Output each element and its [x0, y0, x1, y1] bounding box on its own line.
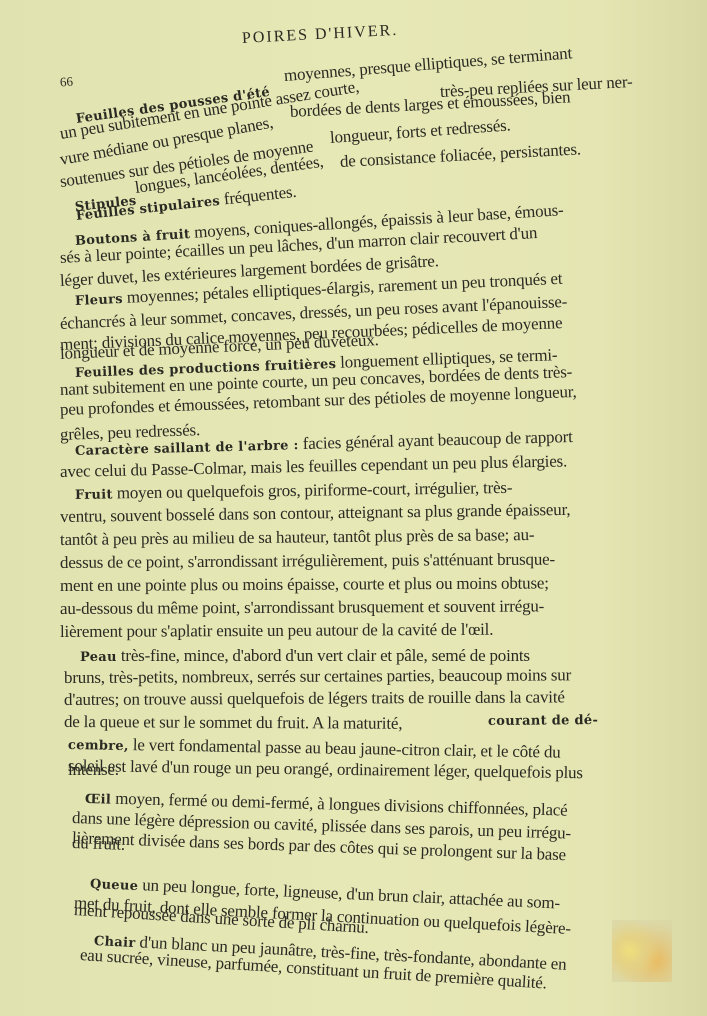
line-text: moyen ou quelquefois gros, piriforme-cou…	[117, 478, 513, 503]
text-line: ment en une pointe plus ou moins épaisse…	[60, 573, 549, 596]
book-page: POIRES D'HIVER. 66 moyennes, presque ell…	[0, 0, 707, 1016]
line-text: au-dessous du même point, s'arrondissant…	[60, 596, 544, 618]
text-line: courant de dé-	[488, 709, 598, 732]
bold-term: cembre,	[68, 738, 129, 754]
text-line: lièrement pour s'aplatir ensuite un peu …	[60, 620, 493, 642]
line-text: dessus de ce point, s'arrondissant irrég…	[60, 550, 555, 572]
bold-term: Fruit	[75, 487, 113, 503]
bold-term: Fleurs	[75, 292, 123, 309]
bold-term: Peau	[80, 650, 117, 665]
text-line: au-dessous du même point, s'arrondissant…	[60, 596, 544, 619]
line-text: du fruit.	[72, 833, 126, 854]
bold-term: Caractère saillant de l'arbre :	[75, 438, 299, 459]
line-text: intense.	[68, 760, 119, 779]
text-line: bruns, très-petits, nombreux, serrés sur…	[64, 665, 571, 688]
bold-term: Queue	[90, 877, 139, 894]
line-text: d'autres; on trouve aussi quelquefois de…	[64, 687, 565, 709]
text-line: d'autres; on trouve aussi quelquefois de…	[64, 687, 565, 710]
line-text: ment en une pointe plus ou moins épaisse…	[60, 573, 549, 595]
text-line: dessus de ce point, s'arrondissant irrég…	[60, 550, 555, 573]
line-text: bruns, très-petits, nombreux, serrés sur…	[64, 665, 571, 687]
text-line: tantôt à peu près au milieu de sa hauteu…	[60, 525, 535, 550]
line-text: facies général ayant beaucoup de rapport	[302, 427, 572, 453]
bold-term: Œil	[85, 792, 112, 808]
thumbnail-photo	[612, 920, 672, 982]
line-text: lièrement pour s'aplatir ensuite un peu …	[60, 620, 493, 641]
running-title: POIRES D'HIVER.	[242, 22, 399, 48]
line-text: tantôt à peu près au milieu de sa hauteu…	[60, 525, 535, 549]
line-text: très-fine, mince, d'abord d'un vert clai…	[121, 646, 530, 665]
text-line: longueur, forts et redressés.	[329, 115, 511, 148]
text-line: intense.	[68, 760, 119, 780]
line-text: longueur, forts et redressés.	[329, 115, 511, 147]
text-line: de la queue et sur le sommet du fruit. A…	[64, 712, 402, 734]
text-line: Peau très-fine, mince, d'abord d'un vert…	[80, 646, 530, 668]
line-text: fréquentes.	[223, 182, 297, 209]
line-text: de la queue et sur le sommet du fruit. A…	[64, 712, 402, 733]
page-number: 66	[59, 74, 73, 91]
bold-term: courant de dé-	[488, 713, 598, 729]
text-line: du fruit.	[72, 833, 126, 855]
